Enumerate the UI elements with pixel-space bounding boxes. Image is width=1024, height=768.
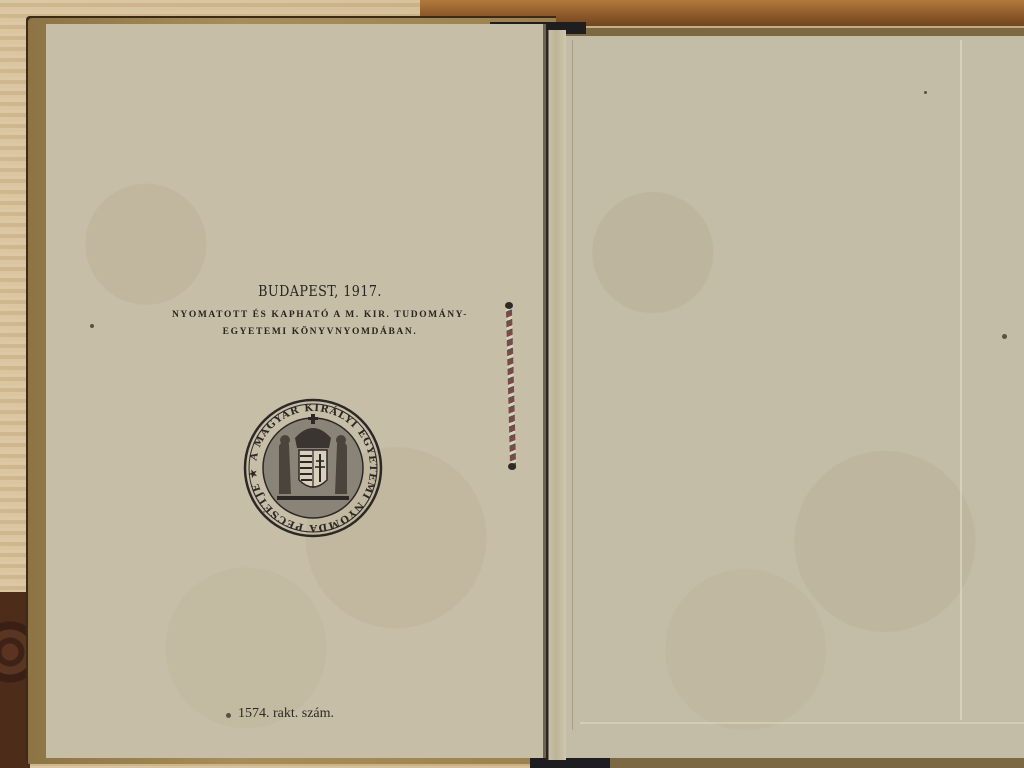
left-page <box>46 24 546 758</box>
paper-spot <box>226 713 231 718</box>
paper-spot <box>1002 334 1007 339</box>
thread-knot-top <box>505 302 513 309</box>
endpaper-edge-line <box>572 40 573 730</box>
right-page <box>560 36 1024 758</box>
paper-spot <box>924 91 927 94</box>
shelf-number: 1574. rakt. szám. <box>238 706 334 722</box>
imprint-line-1: NYOMATOTT ÉS KAPHATÓ A M. KIR. TUDOMÁNY- <box>140 310 500 320</box>
printing-house-seal-icon: A MAGYAR KIRÁLYI EGYETEMI NYOMDA PECSÉTJ… <box>243 398 383 538</box>
endpaper-fold-vertical <box>960 40 962 720</box>
page-hinge <box>546 30 566 760</box>
thread-knot-bottom <box>508 463 516 470</box>
imprint-block: BUDAPEST, 1917. NYOMATOTT ÉS KAPHATÓ A M… <box>140 282 500 337</box>
imprint-line-2: EGYETEMI KÖNYVNYOMDÁBAN. <box>140 327 500 337</box>
endpaper-fold-horizontal <box>580 722 1024 724</box>
paper-spot <box>90 324 94 328</box>
imprint-city-year: BUDAPEST, 1917. <box>167 282 473 300</box>
